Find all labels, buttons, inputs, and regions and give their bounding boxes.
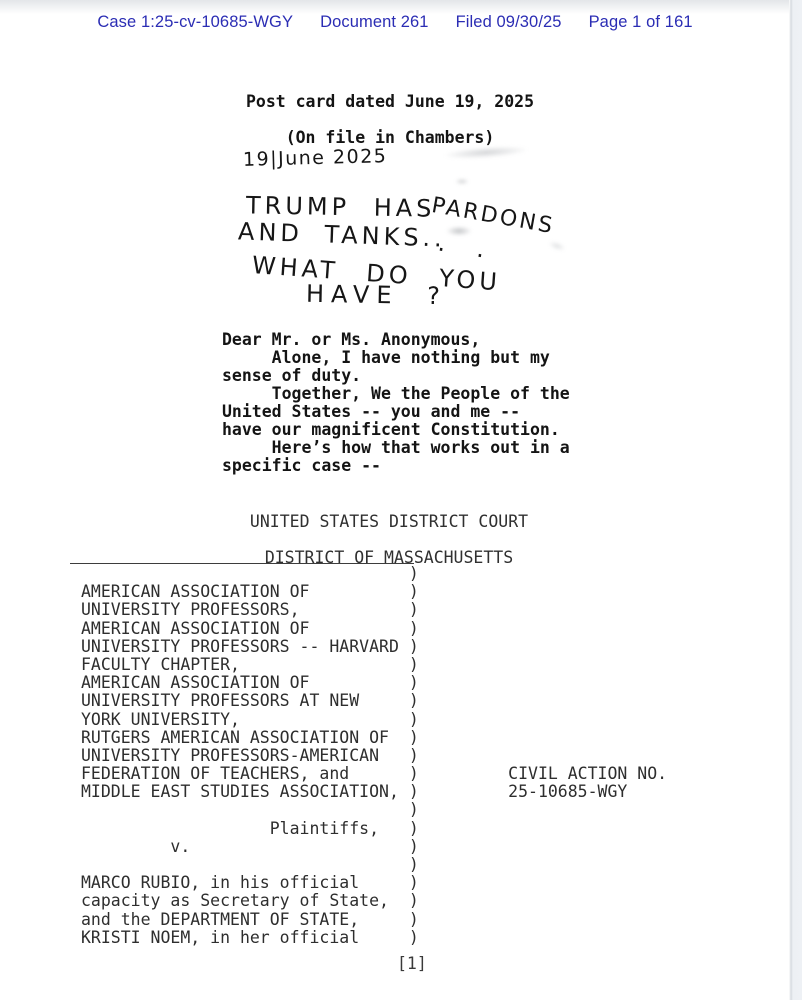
caption-row: ) xyxy=(81,801,667,819)
caption-right-text xyxy=(419,620,508,638)
caption-party-text: UNIVERSITY PROFESSORS, xyxy=(81,601,409,619)
caption-right-text xyxy=(419,892,508,910)
case-number: Case 1:25-cv-10685-WGY xyxy=(97,13,293,32)
caption-party-text: and the DEPARTMENT OF STATE, xyxy=(81,911,409,929)
top-edge-shade xyxy=(0,0,802,14)
caption-paren: ) xyxy=(409,711,419,729)
caption-right-text xyxy=(419,583,508,601)
caption-party-text: AMERICAN ASSOCIATION OF xyxy=(81,674,409,692)
document-page: Case 1:25-cv-10685-WGY Document 261 File… xyxy=(0,0,802,1000)
caption-party-text: v. xyxy=(81,838,409,856)
caption-party-text: AMERICAN ASSOCIATION OF xyxy=(81,583,409,601)
caption-right-text xyxy=(419,856,508,874)
caption-paren: ) xyxy=(409,583,419,601)
caption-right-text: CIVIL ACTION NO. xyxy=(419,765,667,783)
caption-row: YORK UNIVERSITY, ) xyxy=(81,711,667,729)
caption-right-text xyxy=(419,601,508,619)
caption-right-text: 25-10685-WGY xyxy=(419,783,628,801)
judge-reply-letter: Dear Mr. or Ms. Anonymous, Alone, I have… xyxy=(222,331,570,475)
page-number-footer: [1] xyxy=(397,954,427,973)
caption-row: AMERICAN ASSOCIATION OF ) xyxy=(81,620,667,638)
caption-party-text: UNIVERSITY PROFESSORS AT NEW xyxy=(81,692,409,710)
caption-paren: ) xyxy=(409,656,419,674)
caption-row: v. ) xyxy=(81,838,667,856)
page-right-edge xyxy=(789,0,802,1000)
filed-date: Filed 09/30/25 xyxy=(456,13,562,32)
caption-party-text: YORK UNIVERSITY, xyxy=(81,711,409,729)
page-count: Page 1 of 161 xyxy=(589,13,693,32)
caption-party-text: AMERICAN ASSOCIATION OF xyxy=(81,620,409,638)
caption-paren: ) xyxy=(409,674,419,692)
handwritten-line2: AND TANKS.. xyxy=(238,217,447,252)
caption-row: and the DEPARTMENT OF STATE, ) xyxy=(81,911,667,929)
caption-row: UNIVERSITY PROFESSORS-AMERICAN ) xyxy=(81,747,667,765)
caption-right-text xyxy=(419,820,508,838)
caption-party-text: RUTGERS AMERICAN ASSOCIATION OF xyxy=(81,729,409,747)
caption-paren: ) xyxy=(409,747,419,765)
caption-row: FACULTY CHAPTER, ) xyxy=(81,656,667,674)
caption-row: AMERICAN ASSOCIATION OF ) xyxy=(81,674,667,692)
handwritten-line2-trailing-dots: . . xyxy=(436,229,499,266)
caption-row: ) xyxy=(81,565,667,583)
caption-right-text xyxy=(419,674,508,692)
note-title-line2: (On file in Chambers) xyxy=(286,128,495,147)
caption-paren: ) xyxy=(409,856,419,874)
caption-party-text: FACULTY CHAPTER, xyxy=(81,656,409,674)
caption-right-text xyxy=(419,692,508,710)
caption-party-text: MIDDLE EAST STUDIES ASSOCIATION, xyxy=(81,783,409,801)
court-name: UNITED STATES DISTRICT COURT xyxy=(250,512,528,531)
caption-party-text: UNIVERSITY PROFESSORS -- HARVARD xyxy=(81,638,409,656)
caption-row: AMERICAN ASSOCIATION OF ) xyxy=(81,583,667,601)
caption-right-text xyxy=(419,638,508,656)
case-caption: ) AMERICAN ASSOCIATION OF ) UNIVERSITY P… xyxy=(81,565,667,947)
caption-paren: ) xyxy=(409,892,419,910)
caption-row: MIDDLE EAST STUDIES ASSOCIATION, ) 25-10… xyxy=(81,783,667,801)
caption-party-text: KRISTI NOEM, in her official xyxy=(81,929,409,947)
caption-rule xyxy=(70,563,414,564)
caption-row: ) xyxy=(81,856,667,874)
caption-right-text xyxy=(419,656,508,674)
caption-paren: ) xyxy=(409,729,419,747)
caption-party-text: MARCO RUBIO, in his official xyxy=(81,874,409,892)
caption-row: RUTGERS AMERICAN ASSOCIATION OF ) xyxy=(81,729,667,747)
handwritten-date: 19|June 2025 xyxy=(243,145,388,171)
caption-right-text xyxy=(419,729,508,747)
handwritten-line4: HAVE ? xyxy=(306,280,447,310)
caption-paren: ) xyxy=(409,692,419,710)
caption-right-text xyxy=(419,711,508,729)
postcard-note-title: Post card dated June 19, 2025 (On file i… xyxy=(0,93,780,147)
note-title-line1: Post card dated June 19, 2025 xyxy=(246,92,534,111)
caption-paren: ) xyxy=(409,911,419,929)
caption-paren: ) xyxy=(409,765,419,783)
caption-party-text xyxy=(81,565,409,583)
caption-paren: ) xyxy=(409,565,419,583)
caption-party-text: UNIVERSITY PROFESSORS-AMERICAN xyxy=(81,747,409,765)
caption-party-text xyxy=(81,856,409,874)
caption-paren: ) xyxy=(409,783,419,801)
court-heading: UNITED STATES DISTRICT COURT DISTRICT OF… xyxy=(0,513,778,567)
caption-right-text xyxy=(419,911,508,929)
caption-row: capacity as Secretary of State, ) xyxy=(81,892,667,910)
caption-row: MARCO RUBIO, in his official ) xyxy=(81,874,667,892)
caption-party-text: FEDERATION OF TEACHERS, and xyxy=(81,765,409,783)
caption-party-text: Plaintiffs, xyxy=(81,820,409,838)
caption-right-text xyxy=(419,747,508,765)
caption-party-text xyxy=(81,801,409,819)
caption-party-text: capacity as Secretary of State, xyxy=(81,892,409,910)
caption-row: Plaintiffs, ) xyxy=(81,820,667,838)
caption-paren: ) xyxy=(409,874,419,892)
caption-paren: ) xyxy=(409,638,419,656)
caption-row: UNIVERSITY PROFESSORS AT NEW ) xyxy=(81,692,667,710)
ecf-header-stamp: Case 1:25-cv-10685-WGY Document 261 File… xyxy=(0,13,790,32)
caption-paren: ) xyxy=(409,601,419,619)
caption-right-text xyxy=(419,565,508,583)
ink-smudge xyxy=(547,239,567,253)
caption-paren: ) xyxy=(409,801,419,819)
caption-row: KRISTI NOEM, in her official ) xyxy=(81,929,667,947)
caption-row: UNIVERSITY PROFESSORS -- HARVARD ) xyxy=(81,638,667,656)
caption-paren: ) xyxy=(409,929,419,947)
caption-paren: ) xyxy=(409,620,419,638)
document-number: Document 261 xyxy=(320,13,429,32)
caption-right-text xyxy=(419,929,508,947)
caption-row: FEDERATION OF TEACHERS, and ) CIVIL ACTI… xyxy=(81,765,667,783)
caption-right-text xyxy=(419,801,508,819)
caption-row: UNIVERSITY PROFESSORS, ) xyxy=(81,601,667,619)
caption-paren: ) xyxy=(409,820,419,838)
ink-smudge xyxy=(455,178,469,185)
caption-right-text xyxy=(419,838,508,856)
caption-right-text xyxy=(419,874,508,892)
caption-paren: ) xyxy=(409,838,419,856)
